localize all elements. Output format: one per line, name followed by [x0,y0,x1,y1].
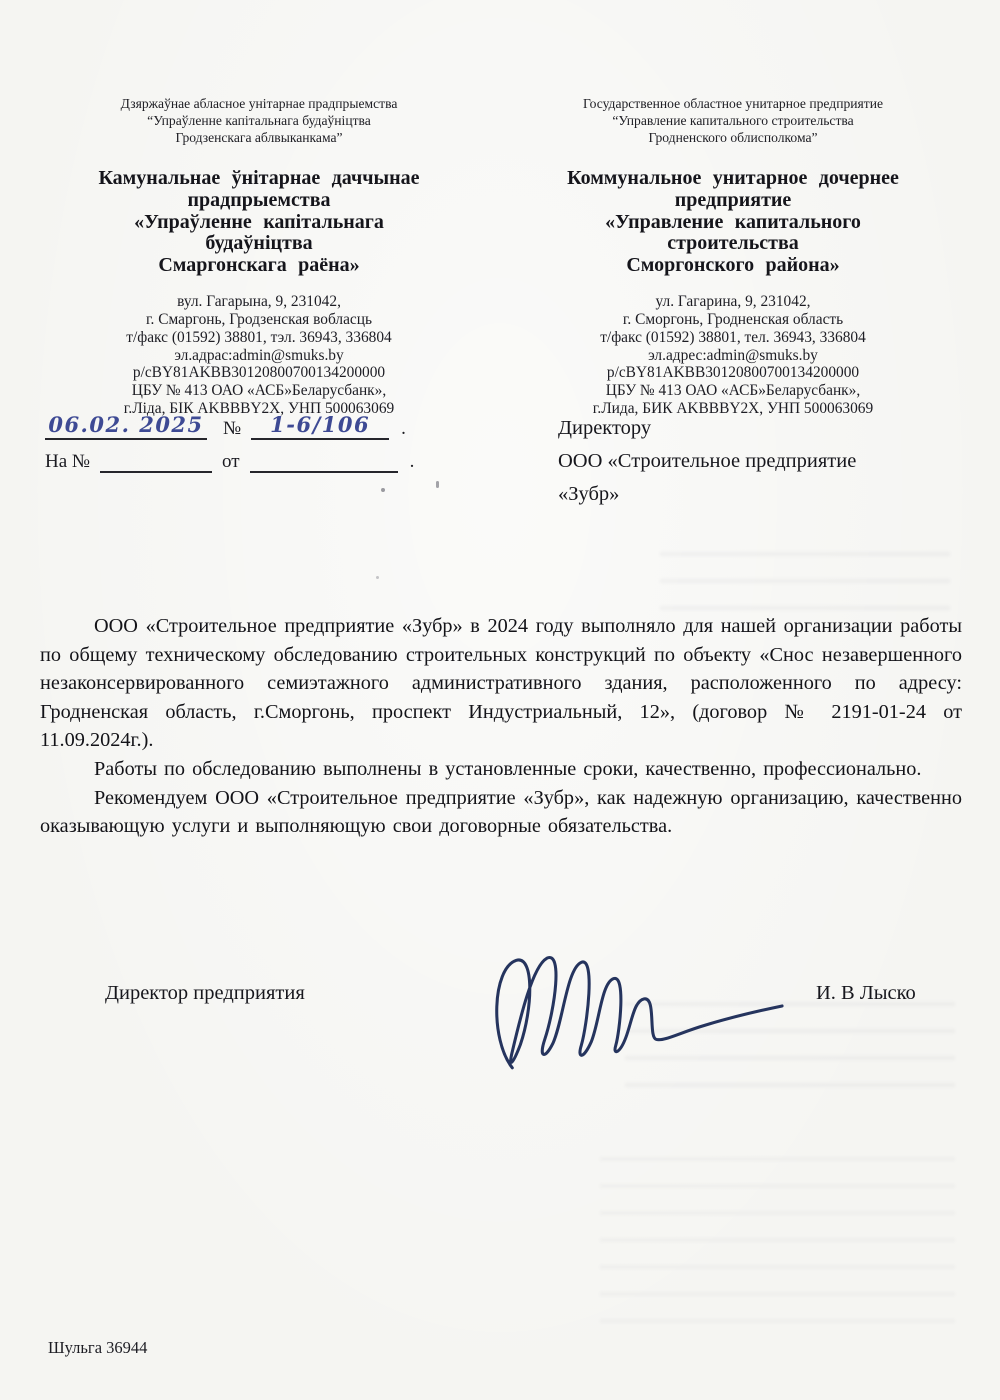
scan-speck [436,481,439,488]
org-bold-line: прадпрыемства [40,190,478,212]
signer-title: Директор предприятия [105,982,305,1005]
address-line: т/факс (01592) 38801, тэл. 36943, 336804 [40,329,478,347]
line-end-period: . [410,451,415,473]
address-line: т/факс (01592) 38801, тел. 36943, 336804 [504,329,962,347]
address-line: р/сBY81AKBB30120800700134200000 [40,364,478,382]
org-bold-line: строительства [504,233,962,255]
org-bold-line: Камунальнае ўнітарнае даччынае [40,168,478,190]
body-paragraph: Рекомендуем ООО «Строительное предприяти… [40,784,962,841]
org-bold-line: Сморгонского района» [504,255,962,277]
addressee-line: Директору [558,412,968,445]
letterhead: Дзяржаўнае абласное унітарнае прадпрыемс… [40,96,962,418]
address-line: г. Сморгонь, Гродненская область [504,311,962,329]
body-paragraph: ООО «Строительное предприятие «Зубр» в 2… [40,612,962,755]
signature-ink [478,938,790,1080]
address-line: вул. Гагарына, 9, 231042, [40,293,478,311]
org-small-line: Гродзенскага аблвыканкама” [40,130,478,147]
org-name-be: Камунальнае ўнітарнае даччынае прадпрыем… [40,168,478,277]
na-number-label: На № [45,451,90,473]
org-address-be: вул. Гагарына, 9, 231042, г. Смаргонь, Г… [40,293,478,418]
org-address-ru: ул. Гагарина, 9, 231042, г. Сморгонь, Гр… [504,293,962,418]
incoming-number-blank [100,449,212,473]
reference-block: 06.02. 2025 № 1-6/106 . На № от . [45,412,475,473]
org-small-line: Гродненского облисполкома” [504,130,962,147]
number-sign-label: № [223,418,241,440]
outgoing-date-handwritten: 06.02. 2025 [45,412,207,440]
scan-speck [381,488,385,492]
org-bold-line: предприятие [504,190,962,212]
scanned-letter-page: Дзяржаўнае абласное унітарнае прадпрыемс… [0,0,1000,1400]
org-bold-line: Коммунальное унитарное дочернее [504,168,962,190]
parent-org-name-be: Дзяржаўнае абласное унітарнае прадпрыемс… [40,96,478,147]
letter-body: ООО «Строительное предприятие «Зубр» в 2… [40,612,962,841]
address-line: р/сBY81AKBB30120800700134200000 [504,364,962,382]
org-bold-line: «Управление капитального [504,212,962,234]
org-small-line: “Упраўленне капітальнага будаўніцтва [40,113,478,130]
address-line: ЦБУ № 413 ОАО «АСБ»Беларусбанк», [40,382,478,400]
org-small-line: Дзяржаўнае абласное унітарнае прадпрыемс… [40,96,478,113]
org-small-line: Государственное областное унитарное пред… [504,96,962,113]
address-line: эл.адрас:admin@smuks.by [40,347,478,365]
org-small-line: “Управление капитального строительства [504,113,962,130]
incoming-reference-row: На № от . [45,449,475,473]
scan-speck [376,576,379,579]
org-bold-line: Смаргонскага раёна» [40,255,478,277]
executor-note: Шульга 36944 [48,1338,147,1358]
signer-name: И. В Лыско [816,982,916,1005]
letterhead-belarusian-column: Дзяржаўнае абласное унітарнае прадпрыемс… [40,96,478,418]
address-line: ЦБУ № 413 ОАО «АСБ»Беларусбанк», [504,382,962,400]
address-line: ул. Гагарина, 9, 231042, [504,293,962,311]
bleedthrough-smudge [600,1150,955,1335]
outgoing-reference-row: 06.02. 2025 № 1-6/106 . [45,412,475,440]
addressee-block: Директору ООО «Строительное предприятие … [558,412,968,511]
address-line: эл.адрес:admin@smuks.by [504,347,962,365]
line-end-period: . [401,418,406,440]
addressee-line: «Зубр» [558,478,968,511]
org-bold-line: «Упраўленне капітальнага [40,212,478,234]
incoming-date-blank [250,449,398,473]
body-paragraph: Работы по обследованию выполнены в устан… [40,755,962,784]
addressee-line: ООО «Строительное предприятие [558,445,968,478]
ot-label: от [222,451,240,473]
parent-org-name-ru: Государственное областное унитарное пред… [504,96,962,147]
address-line: г. Смаргонь, Гродзенская вобласць [40,311,478,329]
outgoing-number-handwritten: 1-6/106 [251,412,389,440]
letterhead-russian-column: Государственное областное унитарное пред… [504,96,962,418]
org-name-ru: Коммунальное унитарное дочернее предприя… [504,168,962,277]
org-bold-line: будаўніцтва [40,233,478,255]
